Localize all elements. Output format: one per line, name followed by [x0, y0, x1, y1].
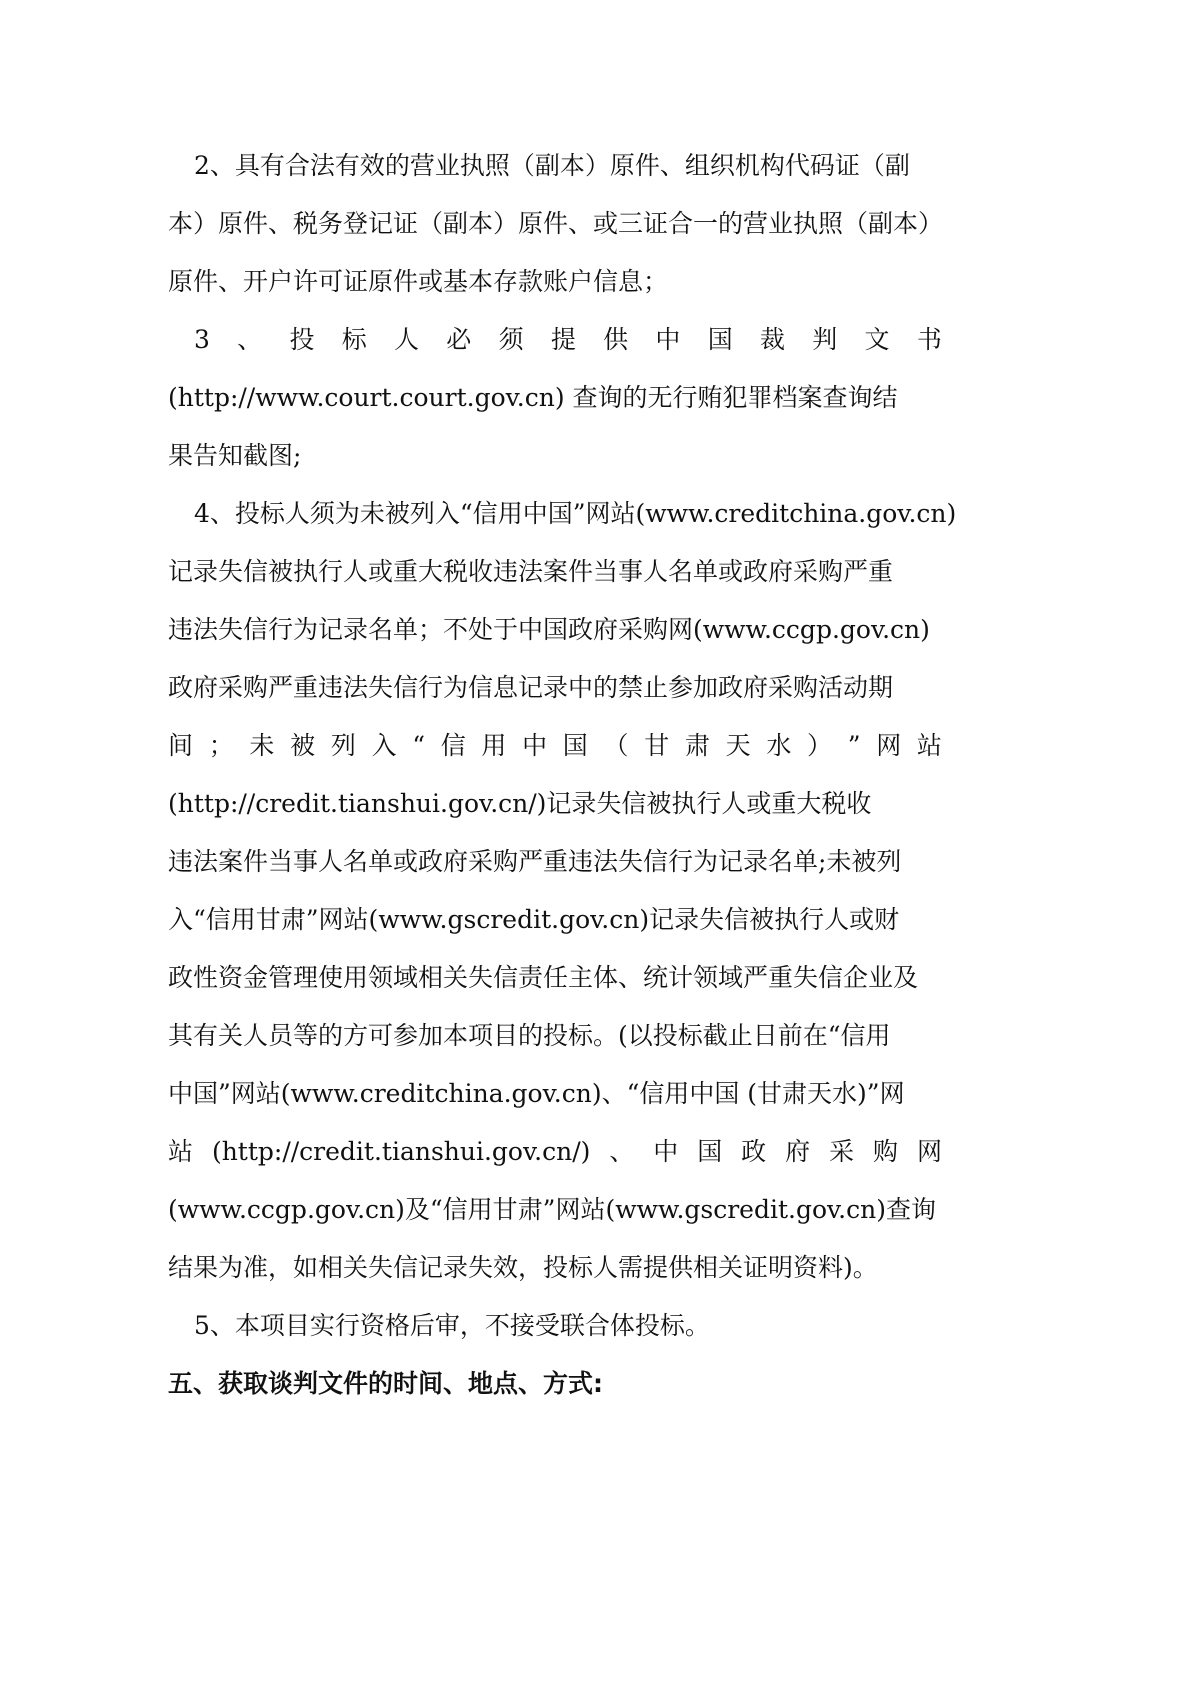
paragraph-line: 5、本项目实行资格后审，不接受联合体投标。 — [168, 1306, 942, 1346]
paragraph-line: (http://www.court.court.gov.cn) 查询的无行贿犯罪… — [168, 378, 942, 418]
paragraph-line: 记录失信被执行人或重大税收违法案件当事人名单或政府采购严重 — [168, 552, 942, 592]
paragraph-line: 入“信用甘肃”网站(www.gscredit.gov.cn)记录失信被执行人或财 — [168, 900, 942, 940]
paragraph-line: 政府采购严重违法失信行为信息记录中的禁止参加政府采购活动期 — [168, 668, 942, 708]
paragraph-line: 违法失信行为记录名单；不处于中国政府采购网(www.ccgp.gov.cn) — [168, 610, 942, 650]
paragraph-line: 原件、开户许可证原件或基本存款账户信息； — [168, 262, 942, 302]
paragraph-line: 间；未被列入“信用中国（甘肃天水）”网站 — [168, 726, 942, 766]
paragraph-line: 政性资金管理使用领域相关失信责任主体、统计领域严重失信企业及 — [168, 958, 942, 998]
section-heading: 五、获取谈判文件的时间、地点、方式: — [168, 1364, 942, 1404]
paragraph-line: 其有关人员等的方可参加本项目的投标。(以投标截止日前在“信用 — [168, 1016, 942, 1056]
paragraph-line: 果告知截图; — [168, 436, 942, 476]
paragraph-line: 结果为准，如相关失信记录失效，投标人需提供相关证明资料)。 — [168, 1248, 942, 1288]
paragraph-line: 3、投标人必须提供中国裁判文书 — [168, 320, 942, 360]
paragraph-line: 4、投标人须为未被列入“信用中国”网站(www.creditchina.gov.… — [168, 494, 942, 534]
paragraph-line: 中国”网站(www.creditchina.gov.cn)、“信用中国 (甘肃天… — [168, 1074, 942, 1114]
paragraph-line: 2、具有合法有效的营业执照（副本）原件、组织机构代码证（副 — [168, 146, 942, 186]
paragraph-line: 站(http://credit.tianshui.gov.cn/)、中国政府采购… — [168, 1132, 942, 1172]
paragraph-line: 违法案件当事人名单或政府采购严重违法失信行为记录名单;未被列 — [168, 842, 942, 882]
paragraph-line: 本）原件、税务登记证（副本）原件、或三证合一的营业执照（副本） — [168, 204, 942, 244]
paragraph-line: (www.ccgp.gov.cn)及“信用甘肃”网站(www.gscredit.… — [168, 1190, 942, 1230]
paragraph-line: (http://credit.tianshui.gov.cn/)记录失信被执行人… — [168, 784, 942, 824]
